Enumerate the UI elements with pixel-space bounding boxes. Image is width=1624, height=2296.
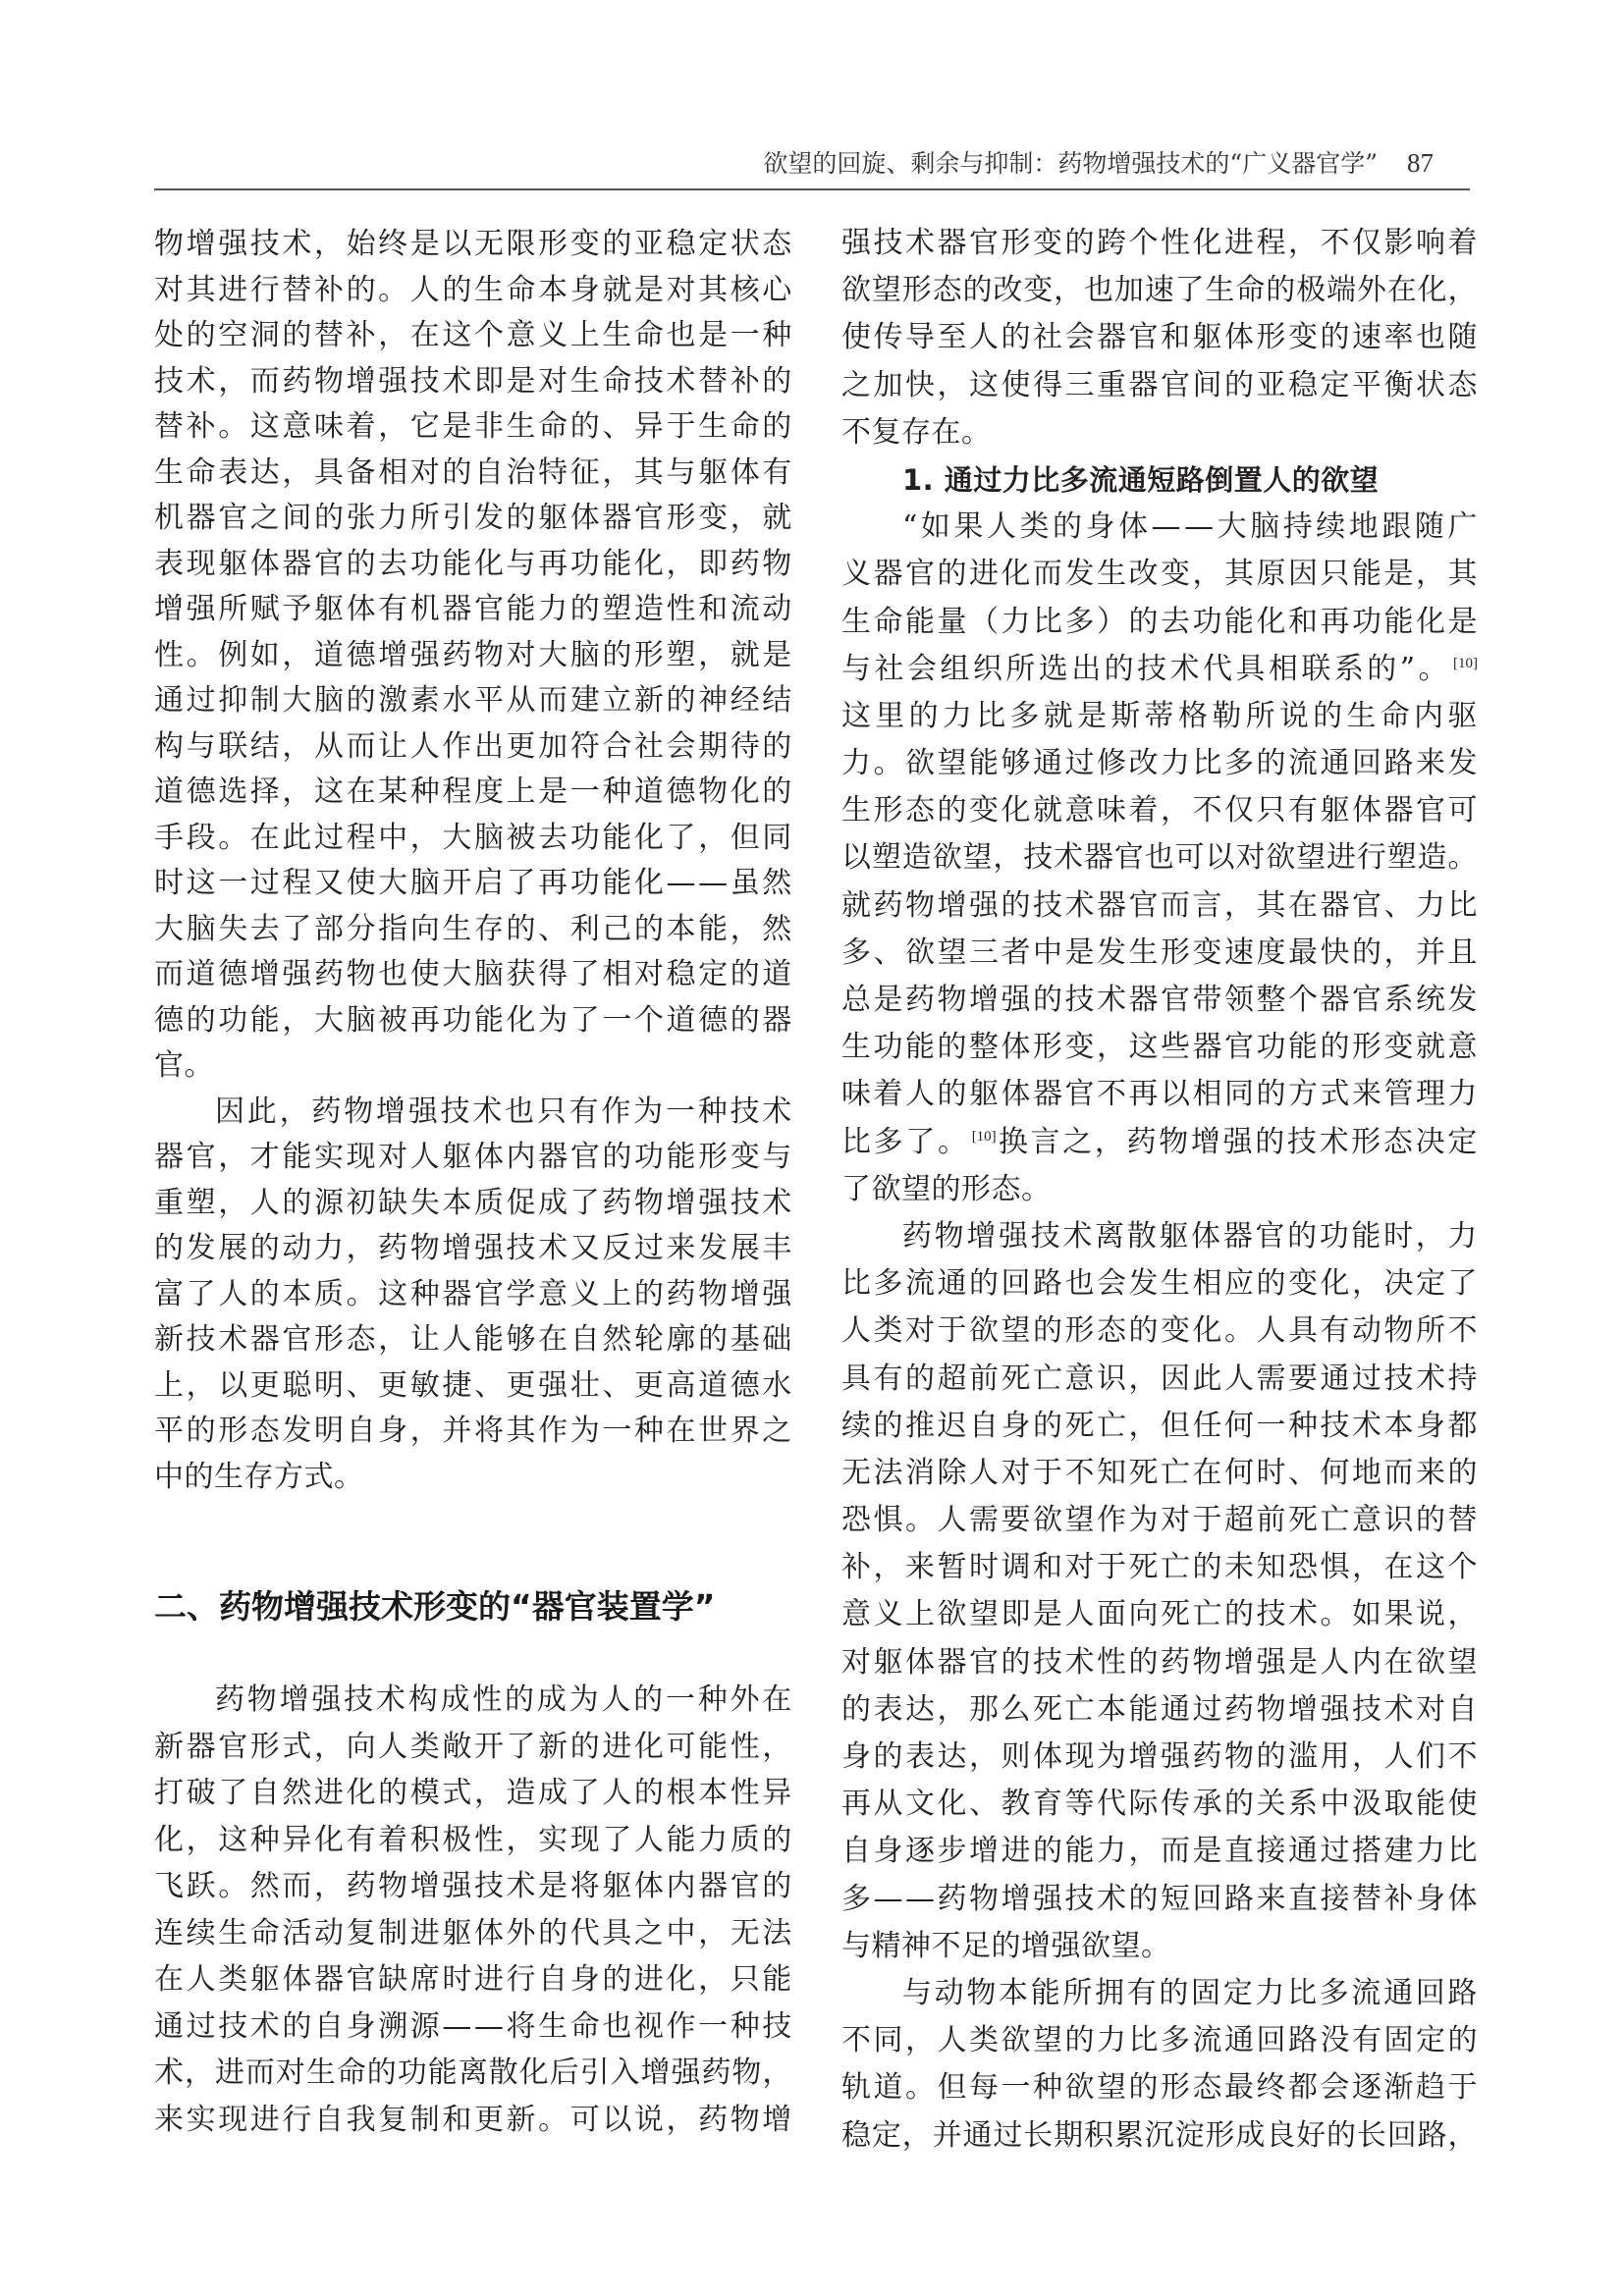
- left-column-block-b: 药物增强技术构成性的成为人的一种外在新器官形式，向人类敞开了新的进化可能性，打破…: [154, 1677, 792, 2143]
- text-line: 自身逐步增进的能力，而是直接通过搭建力比: [841, 1828, 1478, 1875]
- justified-line: 打破了自然进化的模式，造成了人的根本性异: [154, 1770, 792, 1817]
- justified-line: 这里的力比多就是斯蒂格勒所说的生命内驱: [841, 693, 1478, 740]
- text-line: 道德选择，这在某种程度上是一种道德物化的: [154, 770, 792, 816]
- text-line: 欲望形态的改变，也加速了生命的极端外在化，: [841, 267, 1478, 314]
- text-line: 稳定，并通过长期积累沉淀形成良好的长回路，: [841, 2112, 1478, 2160]
- justified-line: 上，以更聪明、更敏捷、更强壮、更高道德水: [154, 1363, 792, 1410]
- justified-line: 表现躯体器官的去功能化与再功能化，即药物: [154, 542, 792, 588]
- line-text: 不复存在。: [841, 415, 992, 450]
- justified-line: 重塑，人的源初缺失本质促成了药物增强技术: [154, 1181, 792, 1227]
- text-line: 比多了。[10]换言之，药物增强的技术形态决定: [841, 1119, 1478, 1166]
- justified-line: 飞跃。然而，药物增强技术是将躯体内器官的: [154, 1863, 792, 1910]
- justified-line: 自身逐步增进的能力，而是直接通过搭建力比: [841, 1828, 1478, 1875]
- text-line: 义器官的进化而发生改变，其原因只能是，其: [841, 551, 1478, 598]
- justified-line: 因此，药物增强技术也只有作为一种技术: [215, 1090, 792, 1136]
- justified-line: 无法消除人对于不知死亡在何时、何地而来的: [841, 1450, 1478, 1497]
- text-line: 德的功能，大脑被再功能化为了一个道德的器: [154, 998, 792, 1044]
- justified-line: 义器官的进化而发生改变，其原因只能是，其: [841, 551, 1478, 598]
- text-line: 来实现进行自我复制和更新。可以说，药物增: [154, 2097, 792, 2144]
- justified-line: 平的形态发明自身，并将其作为一种在世界之: [154, 1409, 792, 1455]
- text-line: 表现躯体器官的去功能化与再功能化，即药物: [154, 542, 792, 588]
- text-line: 大脑失去了部分指向生存的、利己的本能，然: [154, 907, 792, 953]
- line-text: 了欲望的形态。: [841, 1172, 1052, 1206]
- text-line: 总是药物增强的技术器官带领整个器官系统发: [841, 977, 1478, 1024]
- justified-line: 恐惧。人需要欲望作为对于超前死亡意识的替: [841, 1497, 1478, 1544]
- justified-line: 多、欲望三者中是发生形变速度最快的，并且: [841, 930, 1478, 977]
- text-line: 对躯体器官的技术性的药物增强是人内在欲望: [841, 1639, 1478, 1686]
- justified-line: 力。欲望能够通过修改力比多的流通回路来发: [841, 740, 1478, 787]
- text-line: 味着人的躯体器官不再以相同的方式来管理力: [841, 1071, 1478, 1118]
- justified-line: 欲望形态的改变，也加速了生命的极端外在化，: [841, 267, 1478, 314]
- justified-line: 技术，而药物增强技术即是对生命技术替补的: [154, 359, 792, 405]
- justified-line: 通过技术的自身溯源——将生命也视作一种技: [154, 2003, 792, 2051]
- text-line: 再从文化、教育等代际传承的关系中汲取能使: [841, 1781, 1478, 1828]
- text-line: 这里的力比多就是斯蒂格勒所说的生命内驱: [841, 693, 1478, 740]
- citation-marker: [10]: [972, 1113, 997, 1160]
- justified-line: 性。例如，道德增强药物对大脑的形塑，就是: [154, 633, 792, 679]
- text-line: 不同，人类欲望的力比多流通回路没有固定的: [841, 2017, 1478, 2064]
- justified-line: 生功能的整体形变，这些器官功能的形变就意: [841, 1024, 1478, 1071]
- text-line: 处的空洞的替补，在这个意义上生命也是一种: [154, 313, 792, 359]
- text-line: 富了人的本质。这种器官学意义上的药物增强: [154, 1272, 792, 1318]
- text-line: 的发展的动力，药物增强技术又反过来发展丰: [154, 1226, 792, 1272]
- text-line: 器官，才能实现对人躯体内器官的功能形变与: [154, 1135, 792, 1181]
- text-line: 了欲望的形态。: [841, 1166, 1478, 1213]
- justified-line: 意义上欲望即是人面向死亡的技术。如果说，: [841, 1591, 1478, 1638]
- justified-line: “如果人类的身体——大脑持续地跟随广: [902, 504, 1478, 551]
- justified-line: 生命表达，具备相对的自治特征，其与躯体有: [154, 451, 792, 497]
- justified-line: 道德选择，这在某种程度上是一种道德物化的: [154, 770, 792, 816]
- text-line: 通过技术的自身溯源——将生命也视作一种技: [154, 2003, 792, 2051]
- justified-line: 再从文化、教育等代际传承的关系中汲取能使: [841, 1781, 1478, 1828]
- text-line: 不复存在。: [841, 409, 1478, 456]
- justified-line: 对躯体器官的技术性的药物增强是人内在欲望: [841, 1639, 1478, 1686]
- text-line: 多——药物增强技术的短回路来直接替补身体: [841, 1876, 1478, 1923]
- justified-line: 的表达，那么死亡本能通过药物增强技术对自: [841, 1686, 1478, 1734]
- justified-line: 德的功能，大脑被再功能化为了一个道德的器: [154, 998, 792, 1044]
- section-heading: 二、药物增强技术形变的“器官装置学”: [154, 1584, 802, 1629]
- text-line: 身的表达，则体现为增强药物的滥用，人们不: [841, 1734, 1478, 1781]
- text-line: 具有的超前死亡意识，因此人需要通过技术持: [841, 1356, 1478, 1403]
- justified-line: 的发展的动力，药物增强技术又反过来发展丰: [154, 1226, 792, 1272]
- running-head-title: 欲望的回旋、剩余与抑制：药物增强技术的“广义器官学”: [763, 149, 1378, 178]
- right-column: 强技术器官形变的跨个性化进程，不仅影响着欲望形态的改变，也加速了生命的极端外在化…: [841, 220, 1478, 2160]
- justified-line: 人类对于欲望的形态的变化。人具有动物所不: [841, 1308, 1478, 1355]
- text-line: 与动物本能所拥有的固定力比多流通回路: [841, 1970, 1478, 2017]
- justified-line: 生命能量（力比多）的去功能化和再功能化是: [841, 599, 1478, 646]
- text-line: 强技术器官形变的跨个性化进程，不仅影响着: [841, 220, 1478, 267]
- text-line: 使传导至人的社会器官和躯体形变的速率也随: [841, 314, 1478, 361]
- text-line: 以塑造欲望，技术器官也可以对欲望进行塑造。: [841, 834, 1478, 881]
- text-line: 补，来暂时调和对于死亡的未知恐惧，在这个: [841, 1544, 1478, 1591]
- text-line: 通过抑制大脑的激素水平从而建立新的神经结: [154, 678, 792, 724]
- justified-line: 具有的超前死亡意识，因此人需要通过技术持: [841, 1356, 1478, 1403]
- justified-line: 在人类躯体器官缺席时进行自身的进化，只能: [154, 1956, 792, 2003]
- text-line: 之加快，这使得三重器官间的亚稳定平衡状态: [841, 362, 1478, 409]
- text-line: 物增强技术，始终是以无限形变的亚稳定状态: [154, 222, 792, 268]
- justified-line: 身的表达，则体现为增强药物的滥用，人们不: [841, 1734, 1478, 1781]
- text-line: 技术，而药物增强技术即是对生命技术替补的: [154, 359, 792, 405]
- justified-line: 对其进行替补的。人的生命本身就是对其核心: [154, 268, 792, 314]
- justified-line: 续的推迟自身的死亡，但任何一种技术本身都: [841, 1403, 1478, 1450]
- text-line: 官。: [154, 1043, 792, 1090]
- justified-line: 术，进而对生命的功能离散化后引入增强药物，: [154, 2050, 792, 2097]
- text-line: 恐惧。人需要欲望作为对于超前死亡意识的替: [841, 1497, 1478, 1544]
- justified-line: 手段。在此过程中，大脑被去功能化了，但同: [154, 816, 792, 862]
- text-line: 重塑，人的源初缺失本质促成了药物增强技术: [154, 1181, 792, 1227]
- justified-line: 补，来暂时调和对于死亡的未知恐惧，在这个: [841, 1544, 1478, 1591]
- justified-line: 大脑失去了部分指向生存的、利己的本能，然: [154, 907, 792, 953]
- text-line: 轨道。但每一种欲望的形态最终都会逐渐趋于: [841, 2064, 1478, 2111]
- text-line: 因此，药物增强技术也只有作为一种技术: [154, 1090, 792, 1136]
- left-column-block-a: 物增强技术，始终是以无限形变的亚稳定状态对其进行替补的。人的生命本身就是对其核心…: [154, 222, 792, 1500]
- text-line: 化，这种异化有着积极性，实现了人能力质的: [154, 1817, 792, 1864]
- justified-line: 使传导至人的社会器官和躯体形变的速率也随: [841, 314, 1478, 361]
- justified-line: 富了人的本质。这种器官学意义上的药物增强: [154, 1272, 792, 1318]
- text-line: 构与联结，从而让人作出更加符合社会期待的: [154, 724, 792, 771]
- text-line: 续的推迟自身的死亡，但任何一种技术本身都: [841, 1403, 1478, 1450]
- text-line: 对其进行替补的。人的生命本身就是对其核心: [154, 268, 792, 314]
- justified-line: 多——药物增强技术的短回路来直接替补身体: [841, 1876, 1478, 1923]
- justified-line: 构与联结，从而让人作出更加符合社会期待的: [154, 724, 792, 771]
- text-line: 在人类躯体器官缺席时进行自身的进化，只能: [154, 1956, 792, 2003]
- justified-line: 增强所赋予躯体有机器官能力的塑造性和流动: [154, 587, 792, 633]
- line-text: 与精神不足的增强欲望。: [841, 1929, 1171, 1963]
- text-line: 新器官形式，向人类敞开了新的进化可能性，: [154, 1724, 792, 1771]
- justified-line: 药物增强技术离散躯体器官的功能时，力: [902, 1213, 1478, 1260]
- justified-line: 物增强技术，始终是以无限形变的亚稳定状态: [154, 222, 792, 268]
- justified-line: 总是药物增强的技术器官带领整个器官系统发: [841, 977, 1478, 1024]
- justified-line: 以塑造欲望，技术器官也可以对欲望进行塑造。: [841, 834, 1478, 881]
- justified-line: 轨道。但每一种欲望的形态最终都会逐渐趋于: [841, 2064, 1478, 2111]
- text-line: 新技术器官形态，让人能够在自然轮廓的基础: [154, 1317, 792, 1363]
- citation-marker: [10]: [1453, 656, 1478, 671]
- text-line: 生命能量（力比多）的去功能化和再功能化是: [841, 599, 1478, 646]
- justified-line: 之加快，这使得三重器官间的亚稳定平衡状态: [841, 362, 1478, 409]
- page-number: 87: [1407, 143, 1434, 183]
- text-line: 就药物增强的技术器官而言，其在器官、力比: [841, 882, 1478, 930]
- subsection-heading: 1. 通过力比多流通短路倒置人的欲望: [841, 456, 1478, 504]
- text-line: 无法消除人对于不知死亡在何时、何地而来的: [841, 1450, 1478, 1497]
- text-line: 生形态的变化就意味着，不仅只有躯体器官可: [841, 787, 1478, 834]
- text-line: 药物增强技术构成性的成为人的一种外在: [154, 1677, 792, 1724]
- text-line: 而道德增强药物也使大脑获得了相对稳定的道: [154, 952, 792, 998]
- text-line: 手段。在此过程中，大脑被去功能化了，但同: [154, 816, 792, 862]
- justified-line: 机器官之间的张力所引发的躯体器官形变，就: [154, 496, 792, 542]
- text-line: 连续生命活动复制进躯体外的代具之中，无法: [154, 1910, 792, 1957]
- text-line: 机器官之间的张力所引发的躯体器官形变，就: [154, 496, 792, 542]
- line-text: 1. 通过力比多流通短路倒置人的欲望: [902, 463, 1379, 497]
- justified-line: 比多了。[10]换言之，药物增强的技术形态决定: [841, 1119, 1478, 1166]
- line-text: 与社会组织所选出的技术代具相联系的”。: [841, 652, 1451, 686]
- header-rule: [154, 188, 1470, 190]
- justified-line: 而道德增强药物也使大脑获得了相对稳定的道: [154, 952, 792, 998]
- justified-line: 替补。这意味着，它是非生命的、异于生命的: [154, 404, 792, 451]
- text-line: 替补。这意味着，它是非生命的、异于生命的: [154, 404, 792, 451]
- text-line: 飞跃。然而，药物增强技术是将躯体内器官的: [154, 1863, 792, 1910]
- text-line: 上，以更聪明、更敏捷、更强壮、更高道德水: [154, 1363, 792, 1410]
- text-line: 时这一过程又使大脑开启了再功能化——虽然: [154, 861, 792, 907]
- justified-line: 生形态的变化就意味着，不仅只有躯体器官可: [841, 787, 1478, 834]
- justified-line: 新技术器官形态，让人能够在自然轮廓的基础: [154, 1317, 792, 1363]
- text-line: 力。欲望能够通过修改力比多的流通回路来发: [841, 740, 1478, 787]
- justified-line: 器官，才能实现对人躯体内器官的功能形变与: [154, 1135, 792, 1181]
- justified-line: 新器官形式，向人类敞开了新的进化可能性，: [154, 1724, 792, 1771]
- text-line: 生命表达，具备相对的自治特征，其与躯体有: [154, 451, 792, 497]
- justified-line: 处的空洞的替补，在这个意义上生命也是一种: [154, 313, 792, 359]
- justified-line: 稳定，并通过长期积累沉淀形成良好的长回路，: [841, 2112, 1478, 2160]
- justified-line: 味着人的躯体器官不再以相同的方式来管理力: [841, 1071, 1478, 1118]
- text-line: 中的生存方式。: [154, 1455, 792, 1501]
- justified-line: 与动物本能所拥有的固定力比多流通回路: [902, 1970, 1478, 2017]
- justified-line: 不同，人类欲望的力比多流通回路没有固定的: [841, 2017, 1478, 2064]
- justified-line: 来实现进行自我复制和更新。可以说，药物增: [154, 2097, 792, 2144]
- justified-line: 比多流通的回路也会发生相应的变化，决定了: [841, 1260, 1478, 1308]
- justified-line: 就药物增强的技术器官而言，其在器官、力比: [841, 882, 1478, 930]
- justified-line: 化，这种异化有着积极性，实现了人能力质的: [154, 1817, 792, 1864]
- text-line: 的表达，那么死亡本能通过药物增强技术对自: [841, 1686, 1478, 1734]
- running-head: 欲望的回旋、剩余与抑制：药物增强技术的“广义器官学”87: [687, 143, 1434, 183]
- text-line: “如果人类的身体——大脑持续地跟随广: [841, 504, 1478, 551]
- text-line: 生功能的整体形变，这些器官功能的形变就意: [841, 1024, 1478, 1071]
- text-line: 增强所赋予躯体有机器官能力的塑造性和流动: [154, 587, 792, 633]
- justified-line: 药物增强技术构成性的成为人的一种外在: [215, 1677, 792, 1724]
- text-line: 人类对于欲望的形态的变化。人具有动物所不: [841, 1308, 1478, 1355]
- justified-line: 通过抑制大脑的激素水平从而建立新的神经结: [154, 678, 792, 724]
- text-line: 术，进而对生命的功能离散化后引入增强药物，: [154, 2050, 792, 2097]
- justified-line: 时这一过程又使大脑开启了再功能化——虽然: [154, 861, 792, 907]
- text-line: 打破了自然进化的模式，造成了人的根本性异: [154, 1770, 792, 1817]
- line-text: 中的生存方式。: [154, 1460, 364, 1494]
- justified-line: 强技术器官形变的跨个性化进程，不仅影响着: [841, 220, 1478, 267]
- text-line: 性。例如，道德增强药物对大脑的形塑，就是: [154, 633, 792, 679]
- text-line: 平的形态发明自身，并将其作为一种在世界之: [154, 1409, 792, 1455]
- justified-line: 连续生命活动复制进躯体外的代具之中，无法: [154, 1910, 792, 1957]
- line-text: 官。: [154, 1048, 214, 1083]
- text-line: 与精神不足的增强欲望。: [841, 1923, 1478, 1970]
- text-line: 与社会组织所选出的技术代具相联系的”。[10]: [841, 646, 1478, 693]
- text-line: 多、欲望三者中是发生形变速度最快的，并且: [841, 930, 1478, 977]
- text-line: 意义上欲望即是人面向死亡的技术。如果说，: [841, 1591, 1478, 1638]
- text-line: 比多流通的回路也会发生相应的变化，决定了: [841, 1260, 1478, 1308]
- text-line: 药物增强技术离散躯体器官的功能时，力: [841, 1213, 1478, 1260]
